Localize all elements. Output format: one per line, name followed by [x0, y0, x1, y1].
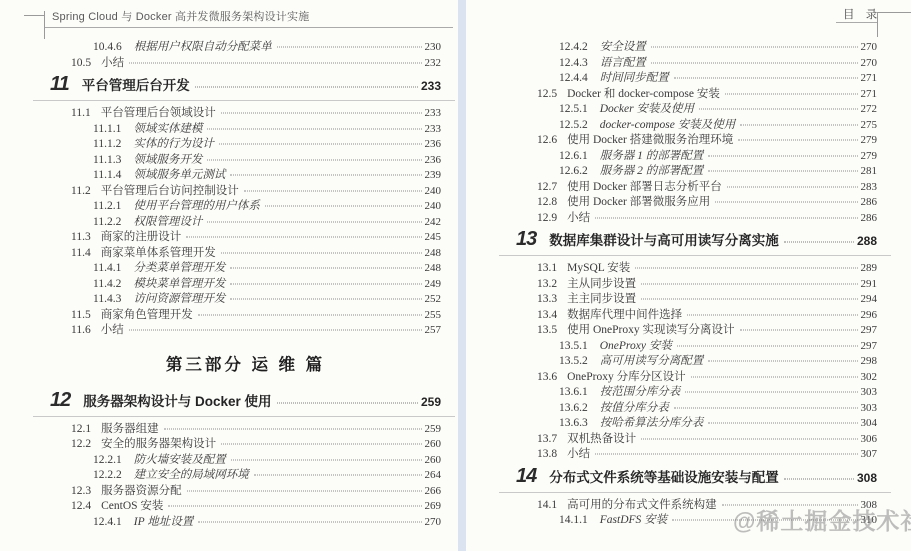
entry-page: 260 — [425, 454, 442, 466]
entry-title: 领域实体建模 — [133, 120, 202, 136]
toc-entry: 13.5.2 高可用读写分离配置 298 — [516, 352, 877, 368]
entry-number: 12 — [50, 389, 70, 412]
entry-number: 13.6.3 — [559, 417, 588, 429]
entry-page: 271 — [861, 72, 878, 84]
entry-number: 11 — [50, 73, 69, 96]
entry-number: 12.4.1 — [93, 516, 122, 528]
entry-page: 289 — [861, 262, 878, 274]
toc-entry: 11.2.1 使用平台管理的用户体系 240 — [50, 197, 441, 213]
entry-title: 服务器 2 的部署配置 — [600, 162, 704, 178]
entry-number: 13.6.1 — [559, 386, 588, 398]
entry-title: 商家角色管理开发 — [101, 306, 193, 322]
entry-title: 使用 Docker 部署微服务应用 — [567, 193, 710, 209]
entry-title: 小结 — [101, 321, 124, 337]
dot-leader — [708, 423, 857, 424]
toc-entry: 13.1 MySQL 安装 289 — [516, 259, 877, 275]
entry-page: 236 — [425, 154, 442, 166]
toc-chapter-entry: 12 服务器架构设计与 Docker 使用 259 — [50, 389, 441, 413]
entry-page: 245 — [425, 231, 442, 243]
toc-entry: 12.2.1 防火墙安装及配置 260 — [50, 451, 441, 467]
entry-title: 数据库代理中间件选择 — [567, 306, 682, 322]
toc-entry: 13.2 主从同步设置 291 — [516, 275, 877, 291]
entry-number: 12.5 — [537, 88, 557, 100]
entry-number: 13.5.2 — [559, 355, 588, 367]
entry-number: 12.6 — [537, 134, 557, 146]
toc-entry: 13.7 双机热备设计 306 — [516, 430, 877, 446]
entry-page: 272 — [861, 103, 878, 115]
entry-title: 语言配置 — [600, 54, 646, 70]
entry-number: 11.1.4 — [93, 169, 121, 181]
toc-entry: 12.2 安全的服务器架构设计 260 — [50, 435, 441, 451]
entry-number: 14 — [516, 465, 536, 488]
dot-leader — [198, 521, 421, 522]
toc-entry: 11.4 商家菜单体系管理开发 248 — [50, 244, 441, 260]
dot-leader — [219, 144, 422, 145]
entry-number: 11.4.2 — [93, 278, 121, 290]
entry-page: 259 — [421, 395, 441, 409]
entry-page: 304 — [861, 417, 878, 429]
running-head-toc-label: 目 录 — [843, 6, 881, 22]
dot-leader — [691, 376, 858, 377]
dot-leader — [677, 345, 858, 346]
entry-title: 小结 — [101, 54, 124, 70]
dot-leader — [699, 109, 858, 110]
dot-leader — [708, 361, 857, 362]
entry-page: 252 — [425, 293, 442, 305]
entry-number: 10.4.6 — [93, 41, 122, 53]
page-gutter — [458, 0, 466, 551]
entry-number: 12.6.1 — [559, 150, 588, 162]
entry-title: 权限管理设计 — [133, 213, 202, 229]
entry-title: 防火墙安装及配置 — [134, 451, 226, 467]
entry-page: 306 — [861, 433, 878, 445]
toc-entry: 11.1.3 领域服务开发 236 — [50, 151, 441, 167]
entry-title: Docker 安装及使用 — [600, 100, 694, 116]
entry-page: 294 — [861, 293, 878, 305]
chapter-underline — [33, 100, 455, 101]
entry-page: 259 — [425, 423, 442, 435]
entry-title: 安全的服务器架构设计 — [101, 435, 216, 451]
entry-number: 11.6 — [71, 324, 91, 336]
dot-leader — [244, 190, 422, 191]
entry-number: 12.4.3 — [559, 57, 588, 69]
entry-number: 12.2.2 — [93, 469, 122, 481]
dot-leader — [740, 330, 858, 331]
entry-page: 233 — [421, 79, 441, 93]
toc-entry: 12.1 服务器组建 259 — [50, 420, 441, 436]
dot-leader — [221, 252, 422, 253]
entry-number: 13.6.2 — [559, 402, 588, 414]
entry-title: FastDFS 安装 — [600, 511, 667, 527]
entry-page: 242 — [425, 216, 442, 228]
toc-entry: 12.9 小结 286 — [516, 209, 877, 225]
entry-title: 小结 — [567, 445, 590, 461]
entry-page: 257 — [425, 324, 442, 336]
dot-leader — [277, 47, 422, 48]
entry-number: 11.1.1 — [93, 123, 121, 135]
dot-leader — [230, 283, 421, 284]
entry-title: 根据用户权限自动分配菜单 — [134, 38, 272, 54]
entry-number: 12.4.4 — [559, 72, 588, 84]
entry-page: 298 — [861, 355, 878, 367]
entry-page: 260 — [425, 438, 442, 450]
entry-title: 服务器 1 的部署配置 — [600, 147, 704, 163]
entry-number: 12.8 — [537, 196, 557, 208]
entry-page: 303 — [861, 402, 878, 414]
entry-number: 11.4.3 — [93, 293, 121, 305]
entry-title: 按范围分库分表 — [600, 383, 681, 399]
entry-title: IP 地址设置 — [134, 513, 194, 529]
entry-title: 实体的行为设计 — [133, 135, 214, 151]
watermark-text: @稀土掘金技术社区 — [733, 503, 911, 536]
entry-title: 商家的注册设计 — [101, 228, 182, 244]
toc-chapter-entry: 13 数据库集群设计与高可用读写分离实施 288 — [516, 228, 877, 252]
entry-number: 11.2.1 — [93, 200, 121, 212]
dot-leader — [207, 221, 421, 222]
entry-title: 使用 OneProxy 实现读写分离设计 — [567, 321, 734, 337]
toc-column-right: 12.4.2 安全设置 270 12.4.3 语言配置 270 12.4.4 时… — [466, 38, 911, 527]
entry-title: 领域服务开发 — [133, 151, 202, 167]
entry-number: 13 — [516, 228, 536, 251]
entry-title: 按哈希算法分库分表 — [600, 414, 704, 430]
entry-page: 240 — [425, 185, 442, 197]
entry-number: 11.3 — [71, 231, 91, 243]
entry-title: 服务器资源分配 — [101, 482, 182, 498]
entry-number: 11.1.3 — [93, 154, 121, 166]
dot-leader — [708, 171, 857, 172]
toc-entry: 11.2.2 权限管理设计 242 — [50, 213, 441, 229]
dot-leader — [685, 392, 857, 393]
entry-title: 平台管理后台领域设计 — [101, 104, 216, 120]
entry-number: 13.2 — [537, 278, 557, 290]
dot-leader — [129, 330, 422, 331]
dot-leader — [651, 47, 858, 48]
toc-entry: 12.6 使用 Docker 搭建微服务治理环境 279 — [516, 131, 877, 147]
dot-leader — [687, 314, 857, 315]
entry-page: 283 — [861, 181, 878, 193]
entry-number: 11.1 — [71, 107, 91, 119]
entry-title: 商家菜单体系管理开发 — [101, 244, 216, 260]
entry-title: OneProxy 分库分区设计 — [567, 368, 686, 384]
entry-number: 13.8 — [537, 448, 557, 460]
entry-page: 281 — [861, 165, 878, 177]
entry-title: 高可用的分布式文件系统构建 — [567, 496, 717, 512]
entry-title: Docker 和 docker-compose 安装 — [567, 85, 720, 101]
entry-title: 按值分库分表 — [600, 399, 669, 415]
entry-page: 233 — [425, 107, 442, 119]
entry-page: 239 — [425, 169, 442, 181]
toc-column-left: 10.4.6 根据用户权限自动分配菜单 230 10.5 小结 232 11 平… — [0, 38, 458, 528]
header-rule-right — [836, 22, 878, 23]
dot-leader — [195, 87, 418, 88]
entry-number: 12.2 — [71, 438, 91, 450]
dot-leader — [635, 268, 857, 269]
dot-leader — [595, 454, 857, 455]
toc-entry: 12.4.3 语言配置 270 — [516, 54, 877, 70]
header-rule-left — [45, 27, 453, 28]
entry-page: 266 — [425, 485, 442, 497]
entry-title: 分布式文件系统等基础设施安装与配置 — [549, 466, 779, 486]
toc-entry: 11.3 商家的注册设计 245 — [50, 228, 441, 244]
dot-leader — [198, 314, 422, 315]
entry-page: 275 — [861, 119, 878, 131]
dot-leader — [740, 124, 857, 125]
toc-chapter-entry: 14 分布式文件系统等基础设施安装与配置 308 — [516, 465, 877, 489]
dot-leader — [708, 155, 857, 156]
dot-leader — [715, 202, 857, 203]
entry-page: 286 — [861, 196, 878, 208]
entry-page: 236 — [425, 138, 442, 150]
entry-title: 使用 Docker 部署日志分析平台 — [567, 178, 722, 194]
dot-leader — [207, 128, 421, 129]
entry-page: 291 — [861, 278, 878, 290]
entry-page: 248 — [425, 262, 442, 274]
entry-title: 数据库集群设计与高可用读写分离实施 — [549, 229, 779, 249]
toc-entry: 11.4.3 访问资源管理开发 252 — [50, 290, 441, 306]
entry-title: 高可用读写分离配置 — [600, 352, 704, 368]
entry-number: 11.2.2 — [93, 216, 121, 228]
entry-page: 302 — [861, 371, 878, 383]
toc-entry: 11.1.4 领域服务单元测试 239 — [50, 166, 441, 182]
header-vline-left — [44, 11, 45, 39]
entry-title: 建立安全的局域网环境 — [134, 466, 249, 482]
entry-title: 分类菜单管理开发 — [133, 259, 225, 275]
toc-entry: 12.4.4 时间同步配置 271 — [516, 69, 877, 85]
toc-entry: 11.1 平台管理后台领域设计 233 — [50, 104, 441, 120]
toc-chapter-entry: 11 平台管理后台开发 233 — [50, 73, 441, 97]
toc-entry: 11.4.1 分类菜单管理开发 248 — [50, 259, 441, 275]
entry-number: 10.5 — [71, 57, 91, 69]
entry-title: 使用 Docker 搭建微服务治理环境 — [567, 131, 733, 147]
chapter-underline — [33, 416, 455, 417]
entry-page: 264 — [425, 469, 442, 481]
entry-page: 255 — [425, 309, 442, 321]
dot-leader — [230, 175, 421, 176]
toc-entry: 11.1.1 领域实体建模 233 — [50, 120, 441, 136]
dot-leader — [265, 206, 422, 207]
entry-page: 232 — [425, 57, 442, 69]
entry-page: 248 — [425, 247, 442, 259]
entry-number: 11.4 — [71, 247, 91, 259]
dot-leader — [254, 475, 422, 476]
entry-title: 服务器架构设计与 Docker 使用 — [83, 390, 271, 410]
dot-leader — [164, 428, 422, 429]
toc-entry: 12.5.1 Docker 安装及使用 272 — [516, 100, 877, 116]
entry-number: 11.1.2 — [93, 138, 121, 150]
dot-leader — [641, 283, 857, 284]
entry-title: 平台管理后台开发 — [82, 74, 190, 94]
entry-title: 领域服务单元测试 — [133, 166, 225, 182]
entry-page: 249 — [425, 278, 442, 290]
toc-entry: 13.3 主主同步设置 294 — [516, 290, 877, 306]
toc-entry: 13.6.2 按值分库分表 303 — [516, 399, 877, 415]
entry-page: 286 — [861, 212, 878, 224]
entry-number: 12.3 — [71, 485, 91, 497]
entry-title: OneProxy 安装 — [600, 337, 672, 353]
dot-leader — [230, 268, 421, 269]
entry-number: 12.4 — [71, 500, 91, 512]
entry-title: 模块菜单管理开发 — [133, 275, 225, 291]
entry-number: 12.2.1 — [93, 454, 122, 466]
entry-title: 使用平台管理的用户体系 — [133, 197, 260, 213]
entry-page: 269 — [425, 500, 442, 512]
entry-page: 240 — [425, 200, 442, 212]
toc-entry: 10.4.6 根据用户权限自动分配菜单 230 — [50, 38, 441, 54]
dot-leader — [277, 402, 418, 403]
entry-title: 主主同步设置 — [567, 290, 636, 306]
toc-entry: 10.5 小结 232 — [50, 54, 441, 70]
dot-leader — [186, 237, 421, 238]
chapter-underline — [499, 492, 891, 493]
entry-page: 271 — [861, 88, 878, 100]
dot-leader — [651, 62, 858, 63]
entry-number: 13.3 — [537, 293, 557, 305]
toc-entry: 11.4.2 模块菜单管理开发 249 — [50, 275, 441, 291]
entry-page: 297 — [861, 324, 878, 336]
toc-entry: 11.2 平台管理后台访问控制设计 240 — [50, 182, 441, 198]
entry-number: 12.7 — [537, 181, 557, 193]
dot-leader — [221, 444, 421, 445]
entry-page: 288 — [857, 234, 877, 248]
entry-title: 安全设置 — [600, 38, 646, 54]
entry-title: 服务器组建 — [101, 420, 159, 436]
chapter-underline — [499, 255, 891, 256]
dot-leader — [727, 186, 858, 187]
entry-number: 12.9 — [537, 212, 557, 224]
toc-entry: 13.8 小结 307 — [516, 445, 877, 461]
toc-entry: 11.6 小结 257 — [50, 321, 441, 337]
entry-page: 270 — [861, 57, 878, 69]
part-heading: 第三部分 运 维 篇 — [50, 354, 441, 376]
entry-page: 270 — [861, 41, 878, 53]
toc-entry: 12.2.2 建立安全的局域网环境 264 — [50, 466, 441, 482]
entry-number: 13.4 — [537, 309, 557, 321]
header-tick-left — [24, 15, 45, 16]
toc-entry: 11.5 商家角色管理开发 255 — [50, 306, 441, 322]
entry-title: CentOS 安装 — [101, 497, 163, 513]
entry-page: 308 — [857, 471, 877, 485]
entry-title: 双机热备设计 — [567, 430, 636, 446]
entry-number: 11.2 — [71, 185, 91, 197]
entry-title: 主从同步设置 — [567, 275, 636, 291]
entry-number: 12.5.1 — [559, 103, 588, 115]
toc-entry: 13.4 数据库代理中间件选择 296 — [516, 306, 877, 322]
toc-entry: 13.5 使用 OneProxy 实现读写分离设计 297 — [516, 321, 877, 337]
entry-number: 11.5 — [71, 309, 91, 321]
entry-page: 279 — [861, 150, 878, 162]
entry-number: 13.5 — [537, 324, 557, 336]
entry-page: 270 — [425, 516, 442, 528]
toc-entry: 12.7 使用 Docker 部署日志分析平台 283 — [516, 178, 877, 194]
dot-leader — [725, 93, 858, 94]
toc-entry: 12.3 服务器资源分配 266 — [50, 482, 441, 498]
dot-leader — [221, 113, 422, 114]
entry-number: 14.1 — [537, 499, 557, 511]
toc-entry: 12.8 使用 Docker 部署微服务应用 286 — [516, 193, 877, 209]
dot-leader — [207, 159, 421, 160]
toc-entry: 11.1.2 实体的行为设计 236 — [50, 135, 441, 151]
entry-title: docker-compose 安装及使用 — [600, 116, 736, 132]
dot-leader — [738, 140, 857, 141]
entry-title: 平台管理后台访问控制设计 — [101, 182, 239, 198]
entry-page: 296 — [861, 309, 878, 321]
dot-leader — [641, 438, 857, 439]
dot-leader — [784, 478, 854, 479]
dot-leader — [230, 299, 421, 300]
toc-entry: 13.5.1 OneProxy 安装 297 — [516, 337, 877, 353]
toc-entry: 12.4.1 IP 地址设置 270 — [50, 513, 441, 529]
toc-entry: 12.4.2 安全设置 270 — [516, 38, 877, 54]
dot-leader — [641, 299, 857, 300]
running-head-book-title: Spring Cloud 与 Docker 高并发微服务架构设计实施 — [52, 8, 309, 24]
header-tick-right — [877, 12, 911, 13]
entry-number: 11.4.1 — [93, 262, 121, 274]
entry-page: 303 — [861, 386, 878, 398]
entry-number: 13.1 — [537, 262, 557, 274]
toc-entry: 12.4 CentOS 安装 269 — [50, 497, 441, 513]
dot-leader — [187, 490, 422, 491]
entry-number: 13.6 — [537, 371, 557, 383]
toc-entry: 12.6.1 服务器 1 的部署配置 279 — [516, 147, 877, 163]
toc-entry: 13.6.3 按哈希算法分库分表 304 — [516, 414, 877, 430]
dot-leader — [674, 407, 858, 408]
entry-number: 14.1.1 — [559, 514, 588, 526]
dot-leader — [595, 217, 857, 218]
entry-title: 时间同步配置 — [600, 69, 669, 85]
entry-title: MySQL 安装 — [567, 259, 630, 275]
entry-number: 12.5.2 — [559, 119, 588, 131]
dot-leader — [231, 459, 422, 460]
dot-leader — [674, 78, 858, 79]
entry-page: 230 — [425, 41, 442, 53]
dot-leader — [129, 62, 421, 63]
entry-page: 279 — [861, 134, 878, 146]
dot-leader — [168, 506, 421, 507]
entry-page: 233 — [425, 123, 442, 135]
entry-number: 12.6.2 — [559, 165, 588, 177]
toc-entry: 12.6.2 服务器 2 的部署配置 281 — [516, 162, 877, 178]
toc-entry: 12.5 Docker 和 docker-compose 安装 271 — [516, 85, 877, 101]
entry-number: 13.5.1 — [559, 340, 588, 352]
dot-leader — [784, 242, 854, 243]
toc-entry: 13.6.1 按范围分库分表 303 — [516, 383, 877, 399]
toc-entry: 13.6 OneProxy 分库分区设计 302 — [516, 368, 877, 384]
entry-number: 12.4.2 — [559, 41, 588, 53]
entry-page: 297 — [861, 340, 878, 352]
entry-number: 13.7 — [537, 433, 557, 445]
entry-title: 小结 — [567, 209, 590, 225]
toc-entry: 12.5.2 docker-compose 安装及使用 275 — [516, 116, 877, 132]
entry-page: 307 — [861, 448, 878, 460]
entry-number: 12.1 — [71, 423, 91, 435]
entry-title: 访问资源管理开发 — [133, 290, 225, 306]
